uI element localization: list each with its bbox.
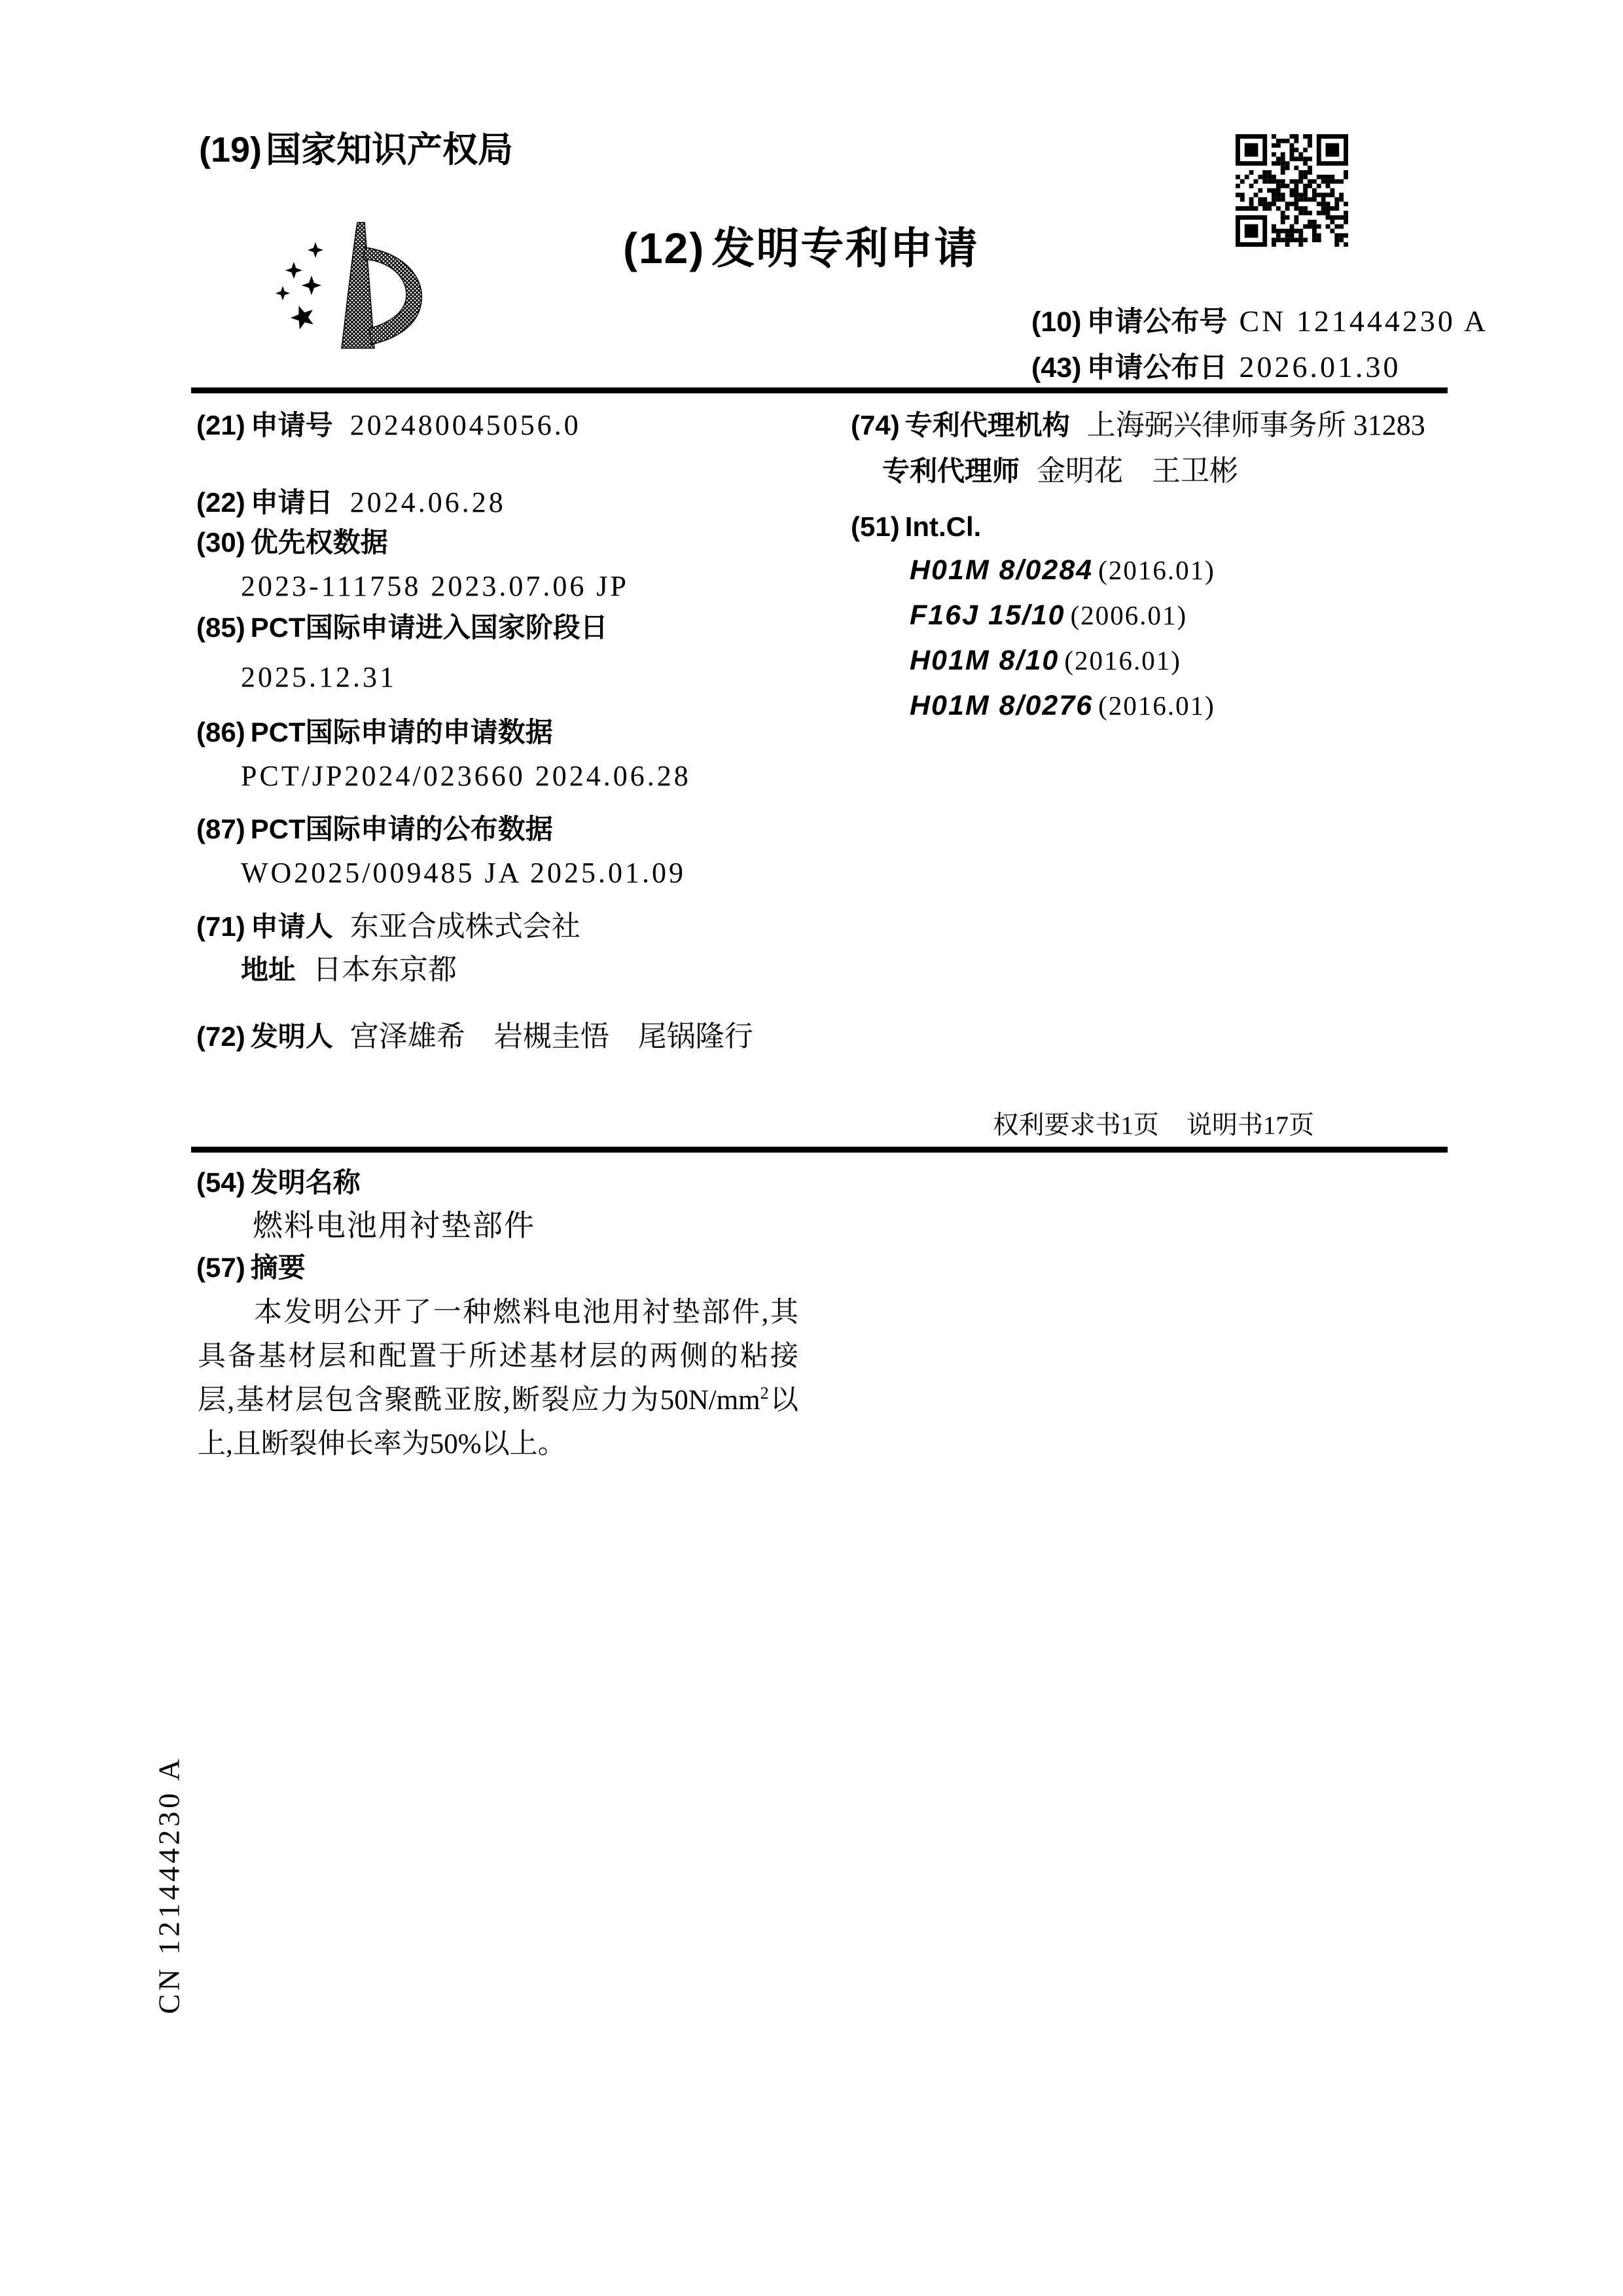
publication-number-row: (10)申请公布号CN 121444230 A <box>1031 306 1488 336</box>
pct-application-data-value: PCT/JP2024/023660 2024.06.28 <box>241 762 691 791</box>
ipc-entry: H01M 8/0276(2016.01) <box>910 692 1215 720</box>
field-label: 优先权数据 <box>251 527 388 558</box>
patent-agent-row: 专利代理师金明花 王卫彬 <box>882 457 1238 486</box>
field-code: (74) <box>851 410 900 440</box>
field-code: (21) <box>196 410 245 440</box>
patent-office-header: (19)国家知识产权局 <box>199 132 513 168</box>
applicant-address-row: 地址日本东京都 <box>241 956 457 984</box>
field-inventors: (72)发明人宫泽雄希 岩槻圭悟 尾锅隆行 <box>196 1022 753 1051</box>
invention-title: 燃料电池用衬垫部件 <box>253 1211 535 1241</box>
office-code: (19) <box>199 130 262 170</box>
field-filing-date: (22)申请日2024.06.28 <box>196 488 506 517</box>
field-value: 202480045056.0 <box>350 409 581 441</box>
field-label: 申请人 <box>251 911 333 942</box>
field-priority-data: (30)优先权数据 <box>196 529 388 556</box>
field-patent-agency: (74)专利代理机构上海弼兴律师事务所 31283 <box>851 411 1425 440</box>
field-label: PCT国际申请的申请数据 <box>251 717 553 747</box>
address-label: 地址 <box>241 954 296 985</box>
field-application-number: (21)申请号202480045056.0 <box>196 411 581 440</box>
invention-title-label: 发明名称 <box>251 1167 361 1198</box>
agency-label: 专利代理机构 <box>905 410 1070 440</box>
doc-type-name: 发明专利申请 <box>711 224 978 272</box>
field-label: 发明人 <box>251 1021 333 1052</box>
side-publication-code: CN 121444230 A <box>152 1756 187 2015</box>
field-code: (22) <box>196 487 245 518</box>
field-value: 2024.06.28 <box>350 486 506 518</box>
document-type-title: (12)发明专利申请 <box>623 226 978 270</box>
field-label: 申请号 <box>251 410 333 440</box>
address-value: 日本东京都 <box>313 954 457 986</box>
agent-label: 专利代理师 <box>882 456 1020 486</box>
abstract-line: 层,基材层包含聚酰亚胺,断裂应力为50N/mm2以 <box>198 1378 798 1422</box>
abstract-line: 上,且断裂伸长率为50%以上。 <box>198 1422 798 1466</box>
field-int-cl: (51)Int.Cl. <box>851 513 981 541</box>
field-code: (85) <box>196 612 245 643</box>
qr-code <box>1236 134 1348 247</box>
doc-type-code: (12) <box>623 224 705 272</box>
field-pct-application-data: (86)PCT国际申请的申请数据 <box>196 719 553 746</box>
field-label: PCT国际申请的公布数据 <box>251 814 553 844</box>
field-invention-title: (54)发明名称 <box>196 1169 361 1196</box>
header-divider-rule <box>191 387 1448 393</box>
pub-date-value: 2026.01.30 <box>1239 350 1400 384</box>
pub-no-label: 申请公布号 <box>1086 306 1227 338</box>
field-code: (71) <box>196 911 245 942</box>
body-divider-rule <box>191 1147 1448 1153</box>
logo-loop <box>363 247 421 344</box>
field-code: (57) <box>196 1252 245 1283</box>
field-code: (87) <box>196 814 245 844</box>
pct-publication-data-value: WO2025/009485 JA 2025.01.09 <box>241 859 686 888</box>
description-pages: 说明书17页 <box>1186 1111 1314 1139</box>
logo-stars <box>276 242 323 329</box>
publication-date-row: (43)申请公布日2026.01.30 <box>1031 352 1400 382</box>
superscript-2: 2 <box>760 1384 769 1403</box>
int-cl-label: Int.Cl. <box>905 511 982 542</box>
cnipa-logo <box>274 220 431 352</box>
pub-date-label: 申请公布日 <box>1086 352 1227 384</box>
field-pct-publication-data: (87)PCT国际申请的公布数据 <box>196 816 553 843</box>
patent-front-page: (19)国家知识产权局 (12)发明专利申请 (10)申请公布号CN 12144… <box>0 0 1623 2296</box>
field-code: (54) <box>196 1167 245 1198</box>
field-code: (86) <box>196 717 245 747</box>
abstract-line: 具备基材层和配置于所述基材层的两侧的粘接 <box>198 1335 798 1378</box>
pub-no-value: CN 121444230 A <box>1239 304 1488 338</box>
claims-pages: 权利要求书1页 <box>993 1111 1159 1139</box>
office-name: 国家知识产权局 <box>266 130 513 170</box>
priority-data-value: 2023-111758 2023.07.06 JP <box>241 572 629 601</box>
field-code: (30) <box>196 527 245 558</box>
applicant-name: 东亚合成株式会社 <box>350 910 580 942</box>
field-label: 申请日 <box>251 487 333 518</box>
abstract-label: 摘要 <box>251 1252 306 1283</box>
field-pct-national-entry: (85)PCT国际申请进入国家阶段日 <box>196 614 608 641</box>
abstract-line: 本发明公开了一种燃料电池用衬垫部件,其 <box>198 1291 798 1335</box>
field-abstract: (57)摘要 <box>196 1254 306 1282</box>
ipc-entry: H01M 8/0284(2016.01) <box>910 556 1215 584</box>
pub-date-code: (43) <box>1031 352 1081 384</box>
field-applicant: (71)申请人东亚合成株式会社 <box>196 912 580 941</box>
ipc-entry: F16J 15/10(2006.01) <box>910 601 1187 630</box>
ipc-entry: H01M 8/10(2016.01) <box>910 647 1181 675</box>
agent-names: 金明花 王卫彬 <box>1037 455 1238 487</box>
inventor-names: 宫泽雄希 岩槻圭悟 尾锅隆行 <box>350 1020 753 1052</box>
agency-name: 上海弼兴律师事务所 31283 <box>1087 409 1425 441</box>
pct-national-entry-date: 2025.12.31 <box>241 663 397 692</box>
field-label: PCT国际申请进入国家阶段日 <box>251 612 608 643</box>
abstract-text: 本发明公开了一种燃料电池用衬垫部件,其 具备基材层和配置于所述基材层的两侧的粘接… <box>198 1291 798 1466</box>
pub-no-code: (10) <box>1031 306 1081 338</box>
field-code: (72) <box>196 1021 245 1052</box>
pages-note: 权利要求书1页说明书17页 <box>916 1113 1314 1138</box>
field-code: (51) <box>851 511 900 542</box>
